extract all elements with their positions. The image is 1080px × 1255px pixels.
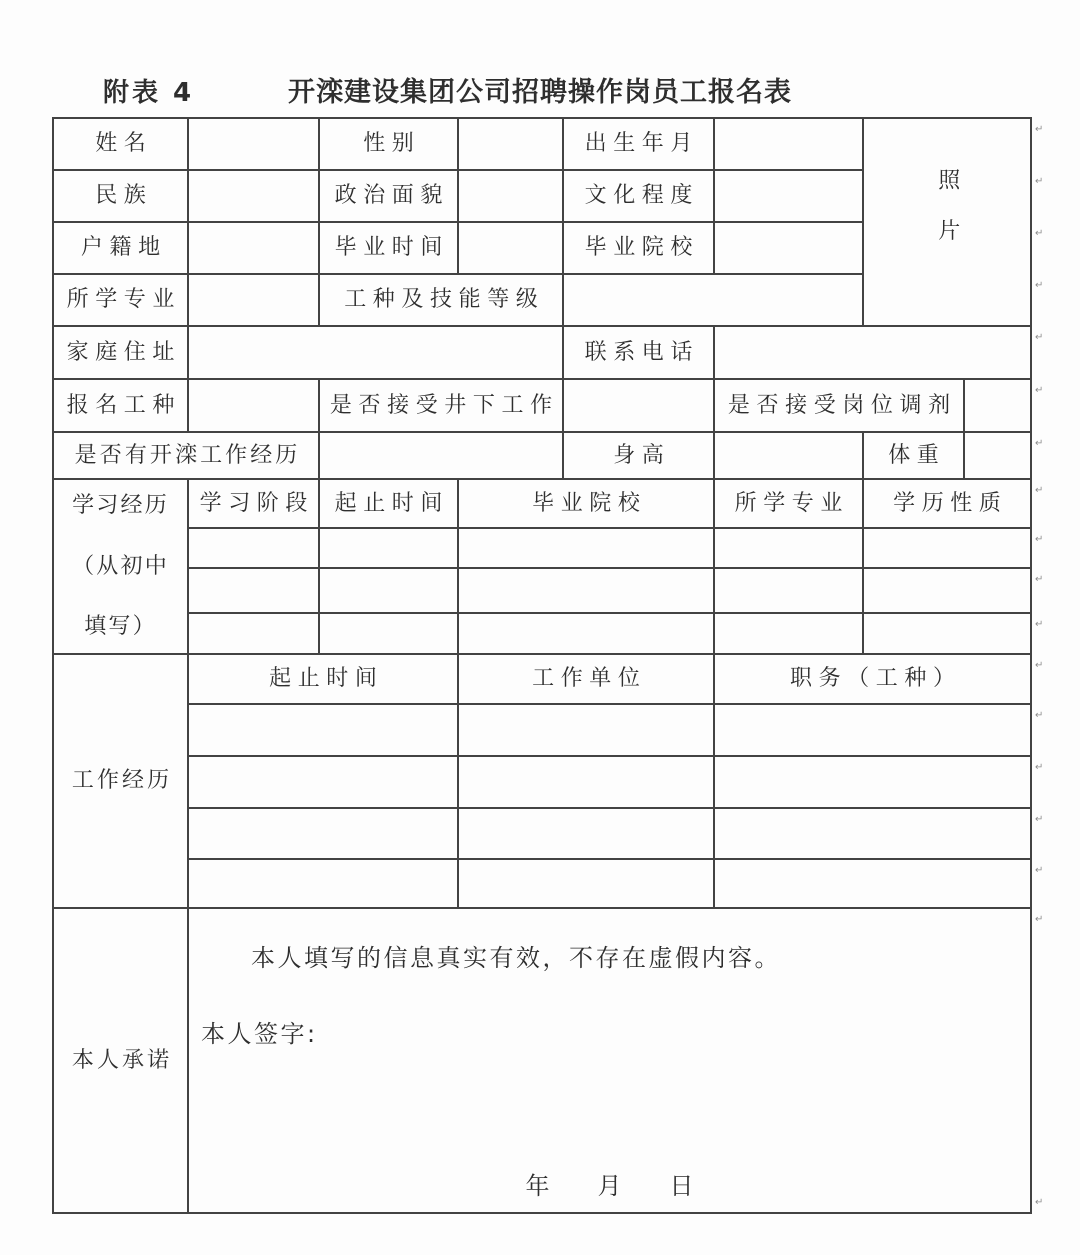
table-row: 报名工种 是否接受井下工作 是否接受岗位调剂 xyxy=(53,379,1031,432)
edu-period-header: 起止时间 xyxy=(319,479,458,528)
work-period-cell[interactable] xyxy=(188,859,458,908)
edu-stage-cell[interactable] xyxy=(188,528,319,568)
edu-stage-cell[interactable] xyxy=(188,613,319,654)
promise-content-cell[interactable]: 本人填写的信息真实有效，不存在虚假内容。 本人签字: 年 月 日 xyxy=(188,908,1031,1213)
birth-input-cell[interactable] xyxy=(714,118,863,170)
education-data-row xyxy=(53,613,1031,654)
edu-type-cell[interactable] xyxy=(863,528,1031,568)
kailuan-experience-label: 是否有开滦工作经历 xyxy=(53,432,319,479)
gender-input-cell[interactable] xyxy=(458,118,563,170)
height-label: 身高 xyxy=(563,432,714,479)
edu-major-cell[interactable] xyxy=(714,528,863,568)
cell-end-mark-icon: ↵ xyxy=(1035,535,1043,545)
education-data-row xyxy=(53,528,1031,568)
date-line: 年 月 日 xyxy=(189,1171,1030,1201)
apply-worktype-label: 报名工种 xyxy=(53,379,188,432)
work-position-cell[interactable] xyxy=(714,756,1031,808)
edu-stage-cell[interactable] xyxy=(188,568,319,613)
date-day-label: 日 xyxy=(670,1171,694,1201)
residence-label: 户籍地 xyxy=(53,222,188,274)
edu-period-cell[interactable] xyxy=(319,613,458,654)
education-label-line: （从初中 xyxy=(72,553,169,581)
application-form-table: 姓名 性别 出生年月 照片 民族 政治面貌 文化程度 户籍地 毕业时间 毕业院校 xyxy=(52,117,1032,1214)
work-data-row xyxy=(53,859,1031,908)
signature-label: 本人签字: xyxy=(201,1019,318,1049)
work-position-cell[interactable] xyxy=(714,704,1031,756)
height-input-cell[interactable] xyxy=(714,432,863,479)
work-unit-cell[interactable] xyxy=(458,859,714,908)
form-document-page: 附表 4 开滦建设集团公司招聘操作岗员工报名表 姓名 性别 出生年月 照片 民族… xyxy=(0,0,1080,1255)
residence-input-cell[interactable] xyxy=(188,222,319,274)
edu-school-header: 毕业院校 xyxy=(458,479,714,528)
work-section-label: 工作经历 xyxy=(53,654,188,908)
work-data-row xyxy=(53,756,1031,808)
graduation-time-label: 毕业时间 xyxy=(319,222,458,274)
education-data-row xyxy=(53,568,1031,613)
cell-end-mark-icon: ↵ xyxy=(1035,281,1043,291)
table-row: 家庭住址 联系电话 xyxy=(53,326,1031,379)
work-data-row xyxy=(53,704,1031,756)
cell-end-mark-icon: ↵ xyxy=(1035,815,1043,825)
work-unit-cell[interactable] xyxy=(458,704,714,756)
promise-row: 本人承诺 本人填写的信息真实有效，不存在虚假内容。 本人签字: 年 月 日 xyxy=(53,908,1031,1213)
photo-label: 照片 xyxy=(933,168,961,269)
cell-end-mark-icon: ↵ xyxy=(1035,711,1043,721)
kailuan-experience-input-cell[interactable] xyxy=(319,432,563,479)
edu-period-cell[interactable] xyxy=(319,528,458,568)
phone-label: 联系电话 xyxy=(563,326,714,379)
education-label-line: 填写） xyxy=(84,613,157,641)
date-month-label: 月 xyxy=(598,1171,622,1201)
cell-end-mark-icon: ↵ xyxy=(1035,866,1043,876)
promise-statement: 本人填写的信息真实有效，不存在虚假内容。 xyxy=(251,943,781,973)
cell-end-mark-icon: ↵ xyxy=(1035,661,1043,671)
work-header-row: 工作经历 起止时间 工作单位 职务（工种） xyxy=(53,654,1031,704)
promise-section-label: 本人承诺 xyxy=(53,908,188,1213)
cell-end-mark-icon: ↵ xyxy=(1035,386,1043,396)
work-period-cell[interactable] xyxy=(188,704,458,756)
education-label-line: 学习经历 xyxy=(72,492,169,520)
phone-input-cell[interactable] xyxy=(714,326,1031,379)
work-period-cell[interactable] xyxy=(188,808,458,859)
cell-end-mark-icon: ↵ xyxy=(1035,915,1043,925)
cell-end-mark-icon: ↵ xyxy=(1035,1198,1043,1208)
cell-end-mark-icon: ↵ xyxy=(1035,620,1043,630)
birth-label: 出生年月 xyxy=(563,118,714,170)
work-unit-cell[interactable] xyxy=(458,808,714,859)
document-header: 附表 4 开滦建设集团公司招聘操作岗员工报名表 xyxy=(0,70,1080,110)
work-unit-header: 工作单位 xyxy=(458,654,714,704)
table-row: 是否有开滦工作经历 身高 体重 xyxy=(53,432,1031,479)
edu-stage-header: 学习阶段 xyxy=(188,479,319,528)
table-row: 姓名 性别 出生年月 照片 xyxy=(53,118,1031,170)
cell-end-mark-icon: ↵ xyxy=(1035,177,1043,187)
political-status-label: 政治面貌 xyxy=(319,170,458,222)
work-unit-cell[interactable] xyxy=(458,756,714,808)
edu-school-cell[interactable] xyxy=(458,568,714,613)
major-input-cell[interactable] xyxy=(188,274,319,326)
work-data-row xyxy=(53,808,1031,859)
work-position-cell[interactable] xyxy=(714,859,1031,908)
education-level-input-cell[interactable] xyxy=(714,170,863,222)
underground-accept-label: 是否接受井下工作 xyxy=(319,379,563,432)
cell-end-mark-icon: ↵ xyxy=(1035,125,1043,135)
work-position-cell[interactable] xyxy=(714,808,1031,859)
edu-type-cell[interactable] xyxy=(863,613,1031,654)
weight-label: 体重 xyxy=(863,432,964,479)
cell-end-mark-icon: ↵ xyxy=(1035,333,1043,343)
underground-accept-input-cell[interactable] xyxy=(563,379,714,432)
date-year-label: 年 xyxy=(526,1171,550,1201)
work-period-header: 起止时间 xyxy=(188,654,458,704)
edu-school-cell[interactable] xyxy=(458,528,714,568)
name-input-cell[interactable] xyxy=(188,118,319,170)
gender-label: 性别 xyxy=(319,118,458,170)
graduation-school-label: 毕业院校 xyxy=(563,222,714,274)
home-address-input-cell[interactable] xyxy=(188,326,563,379)
ethnicity-input-cell[interactable] xyxy=(188,170,319,222)
apply-worktype-input-cell[interactable] xyxy=(188,379,319,432)
photo-cell[interactable]: 照片 xyxy=(863,118,1031,326)
edu-school-cell[interactable] xyxy=(458,613,714,654)
page-title: 开滦建设集团公司招聘操作岗员工报名表 xyxy=(0,70,1080,109)
cell-end-mark-icon: ↵ xyxy=(1035,575,1043,585)
cell-end-mark-icon: ↵ xyxy=(1035,229,1043,239)
edu-major-cell[interactable] xyxy=(714,568,863,613)
worktype-skill-label: 工种及技能等级 xyxy=(319,274,563,326)
cell-end-mark-icon: ↵ xyxy=(1035,763,1043,773)
adjustment-accept-input-cell[interactable] xyxy=(964,379,1031,432)
education-header-row: 学习经历 （从初中 填写） 学习阶段 起止时间 毕业院校 所学专业 学历性质 xyxy=(53,479,1031,528)
major-label: 所学专业 xyxy=(53,274,188,326)
name-label: 姓名 xyxy=(53,118,188,170)
edu-type-cell[interactable] xyxy=(863,568,1031,613)
worktype-skill-input-cell[interactable] xyxy=(563,274,863,326)
work-period-cell[interactable] xyxy=(188,756,458,808)
adjustment-accept-label: 是否接受岗位调剂 xyxy=(714,379,964,432)
edu-type-header: 学历性质 xyxy=(863,479,1031,528)
cell-end-mark-icon: ↵ xyxy=(1035,486,1043,496)
cell-end-mark-icon: ↵ xyxy=(1035,439,1043,449)
work-position-header: 职务（工种） xyxy=(714,654,1031,704)
edu-major-cell[interactable] xyxy=(714,613,863,654)
graduation-school-input-cell[interactable] xyxy=(714,222,863,274)
edu-period-cell[interactable] xyxy=(319,568,458,613)
education-level-label: 文化程度 xyxy=(563,170,714,222)
ethnicity-label: 民族 xyxy=(53,170,188,222)
graduation-time-input-cell[interactable] xyxy=(458,222,563,274)
home-address-label: 家庭住址 xyxy=(53,326,188,379)
edu-major-header: 所学专业 xyxy=(714,479,863,528)
political-status-input-cell[interactable] xyxy=(458,170,563,222)
weight-input-cell[interactable] xyxy=(964,432,1031,479)
education-section-label: 学习经历 （从初中 填写） xyxy=(53,479,188,654)
